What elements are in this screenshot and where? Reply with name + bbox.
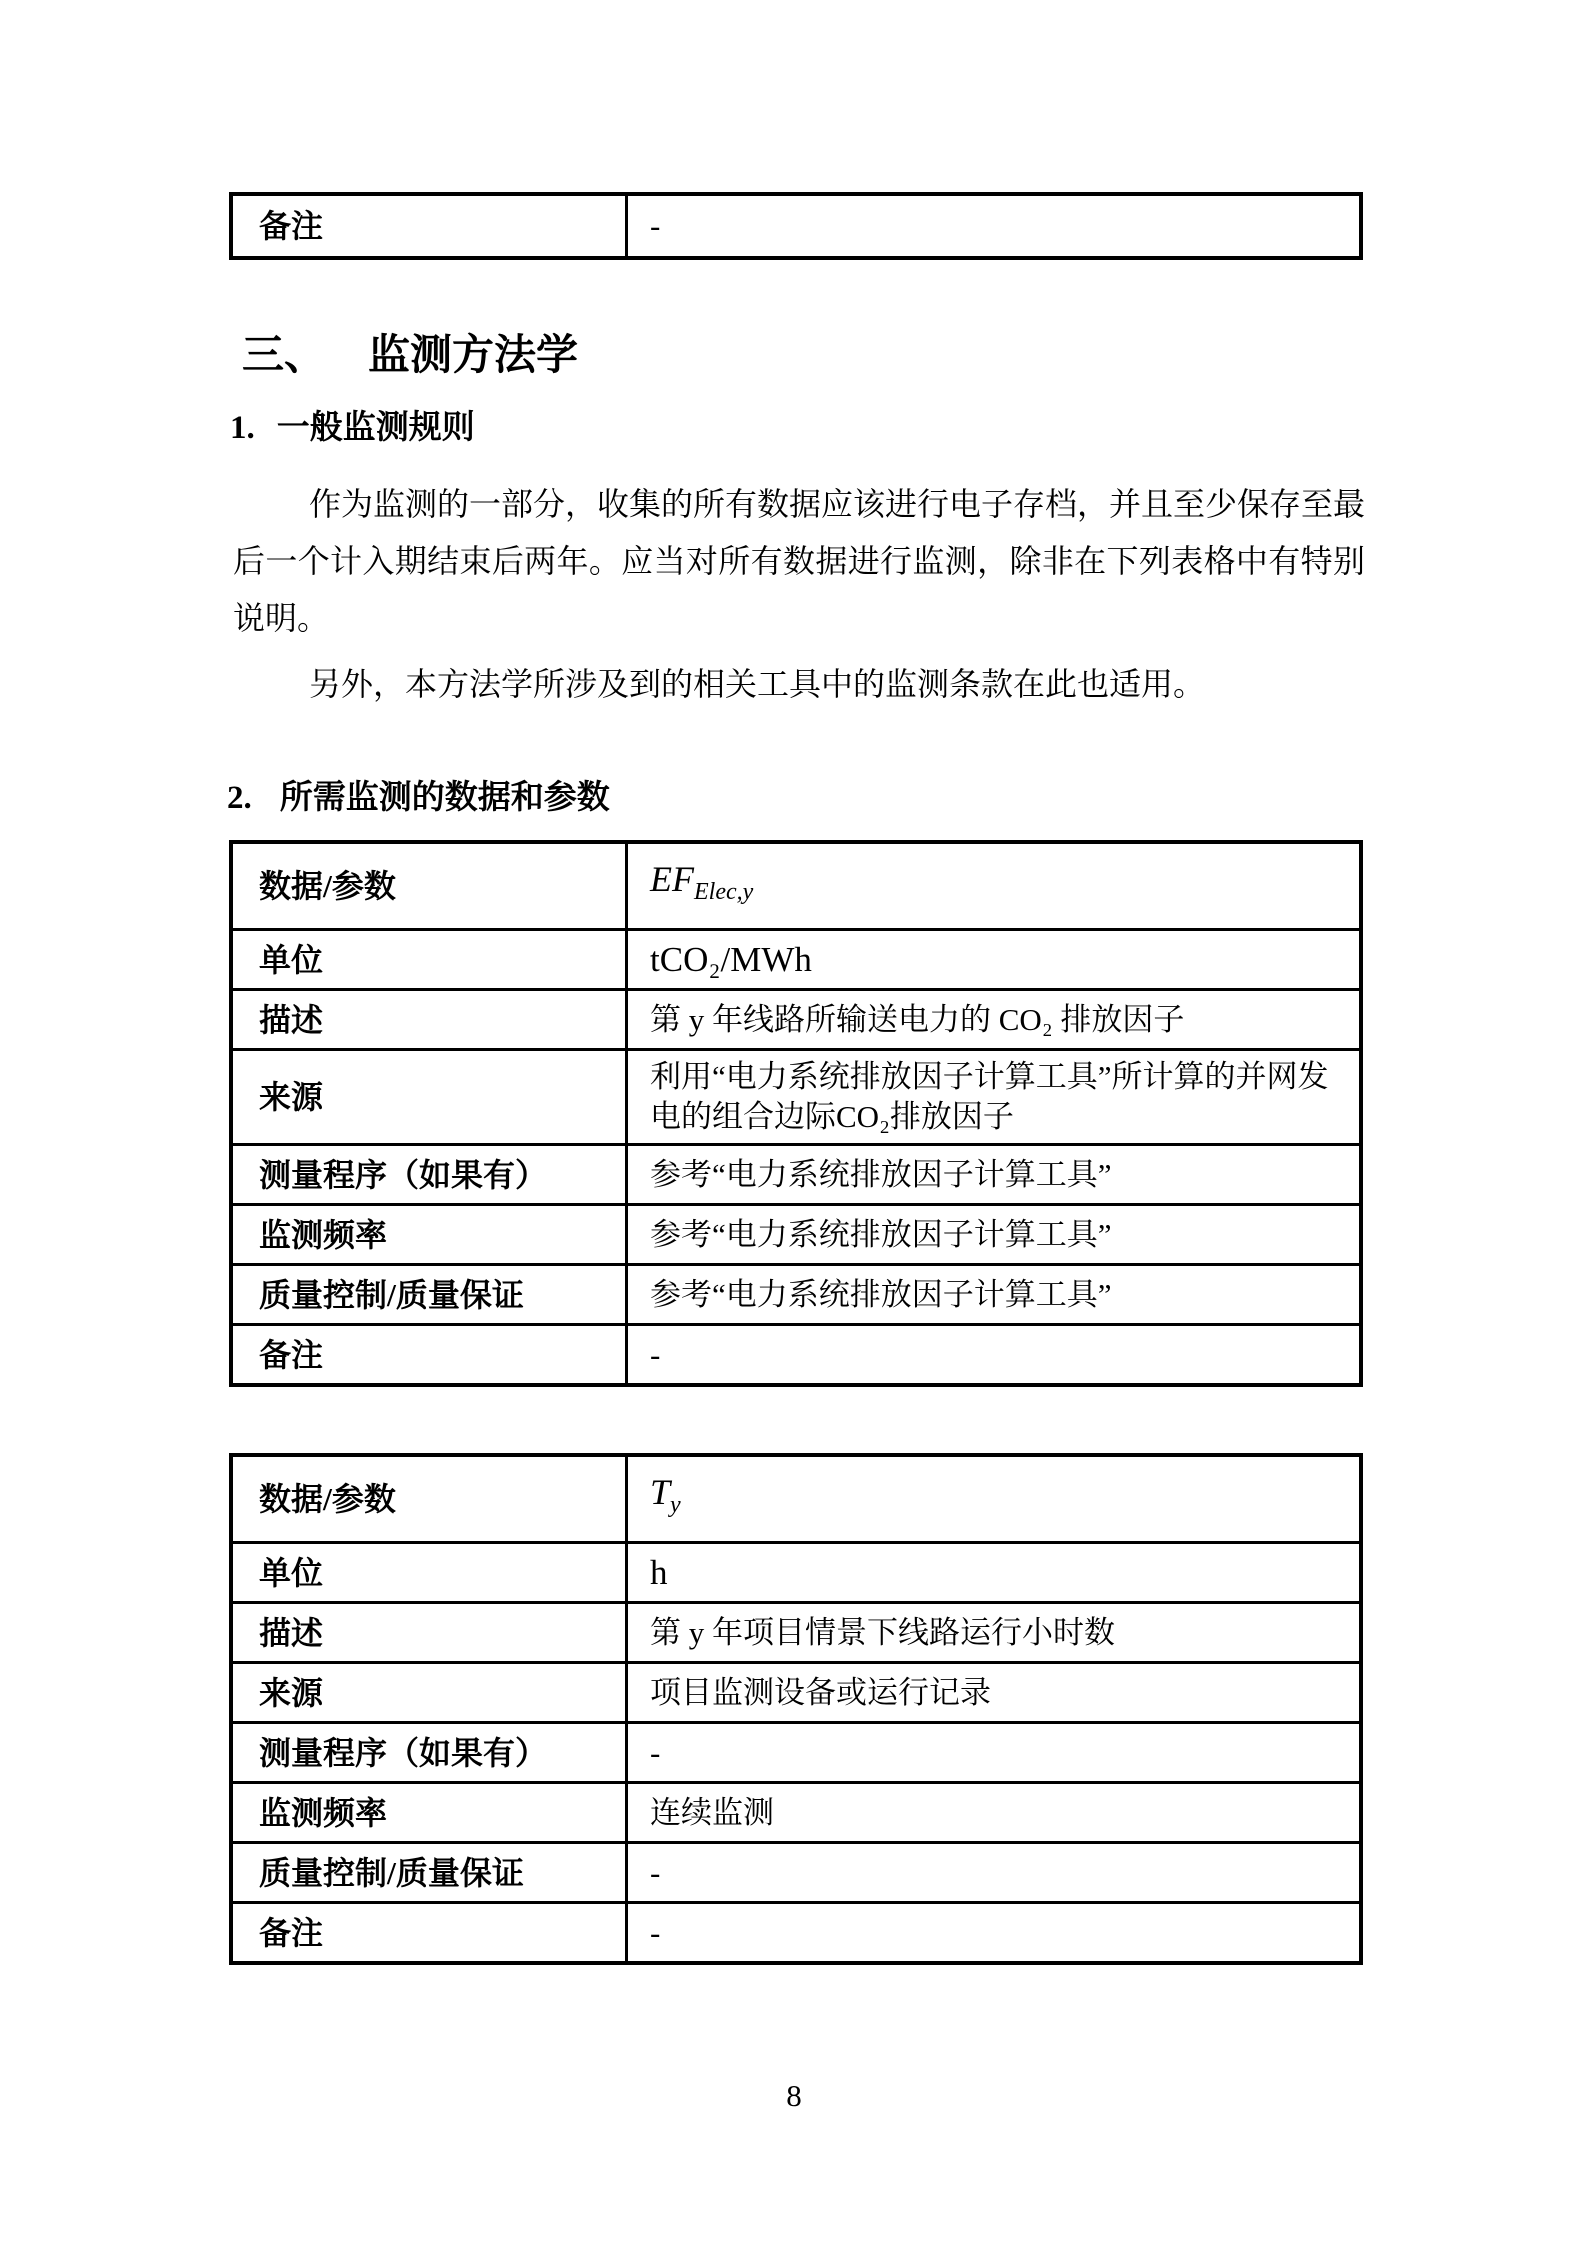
row-label: 描述 [233,1604,628,1661]
section-number: 三、 [242,332,326,380]
row-label: 质量控制/质量保证 [233,1844,628,1901]
row-value: Ty [628,1457,1359,1541]
row-value: - [628,1724,1359,1781]
row-label: 单位 [233,931,628,988]
paragraph-line: 后一个计入期结束后两年。应当对所有数据进行监测，除非在下列表格中有特别 [233,533,1365,590]
paragraph-line: 说明。 [233,590,1365,647]
row-value: 项目监测设备或运行记录 [628,1664,1359,1721]
table-row: 单位h [233,1541,1359,1601]
subheading-number: 2. [227,779,252,819]
table-row: 备注- [233,1323,1359,1383]
subheading-number: 1. [230,409,255,449]
table-row: 描述第 y 年线路所输送电力的 CO₂ 排放因子 [233,988,1359,1048]
table-row: 来源利用“电力系统排放因子计算工具”所计算的并网发电的组合边际CO₂排放因子 [233,1048,1359,1143]
row-value: h [628,1544,1359,1601]
paragraph-line: 另外，本方法学所涉及到的相关工具中的监测条款在此也适用。 [233,656,1365,713]
paragraph-line: 作为监测的一部分，收集的所有数据应该进行电子存档，并且至少保存至最 [233,476,1365,533]
subheading-monitored-parameters: 2. 所需监测的数据和参数 [227,779,610,819]
row-label: 数据/参数 [233,1457,628,1541]
row-value: 利用“电力系统排放因子计算工具”所计算的并网发电的组合边际CO₂排放因子 [628,1051,1359,1143]
row-value: 第 y 年项目情景下线路运行小时数 [628,1604,1359,1661]
page-number: 8 [0,2078,1588,2114]
row-value: - [628,1844,1359,1901]
row-value: 第 y 年线路所输送电力的 CO₂ 排放因子 [628,991,1359,1048]
table-row: 来源项目监测设备或运行记录 [233,1661,1359,1721]
parameter-formula: EFElec,y [650,857,753,914]
row-value: 参考“电力系统排放因子计算工具” [628,1206,1359,1263]
row-value: - [628,1904,1359,1961]
row-label: 备注 [233,1904,628,1961]
section-title: 监测方法学 [368,332,578,380]
parameter-table-t-y: 数据/参数Ty单位h描述第 y 年项目情景下线路运行小时数来源项目监测设备或运行… [229,1453,1363,1965]
row-value: EFElec,y [628,844,1359,928]
table-row: 数据/参数EFElec,y [233,844,1359,928]
paragraph-tools-note: 另外，本方法学所涉及到的相关工具中的监测条款在此也适用。 [233,656,1365,713]
parameter-formula: Ty [650,1470,681,1527]
subheading-general-rules: 1. 一般监测规则 [230,409,475,449]
row-value: 参考“电力系统排放因子计算工具” [628,1266,1359,1323]
table-row: 测量程序（如果有）参考“电力系统排放因子计算工具” [233,1143,1359,1203]
row-label: 备注 [233,196,628,256]
table-row: 备注 - [233,196,1359,256]
row-label: 来源 [233,1051,628,1143]
row-value: tCO₂/MWh [628,931,1359,988]
row-label: 监测频率 [233,1206,628,1263]
row-label: 测量程序（如果有） [233,1146,628,1203]
document-page: 备注 - 三、 监测方法学 1. 一般监测规则 作为监测的一部分，收集的所有数据… [0,0,1588,2245]
table-row: 数据/参数Ty [233,1457,1359,1541]
row-value: 参考“电力系统排放因子计算工具” [628,1146,1359,1203]
row-label: 质量控制/质量保证 [233,1266,628,1323]
table-row: 质量控制/质量保证参考“电力系统排放因子计算工具” [233,1263,1359,1323]
row-label: 单位 [233,1544,628,1601]
table-row: 备注- [233,1901,1359,1961]
table-row: 监测频率连续监测 [233,1781,1359,1841]
parameter-table-ef-elec-y: 数据/参数EFElec,y单位tCO₂/MWh描述第 y 年线路所输送电力的 C… [229,840,1363,1387]
row-label: 来源 [233,1664,628,1721]
row-value: 连续监测 [628,1784,1359,1841]
table-row: 描述第 y 年项目情景下线路运行小时数 [233,1601,1359,1661]
row-label: 测量程序（如果有） [233,1724,628,1781]
section-heading: 三、 监测方法学 [242,332,578,380]
row-label: 描述 [233,991,628,1048]
row-value: - [628,1326,1359,1383]
row-value: - [628,196,1359,256]
table-row: 单位tCO₂/MWh [233,928,1359,988]
remark-carryover-table: 备注 - [229,192,1363,260]
table-row: 监测频率参考“电力系统排放因子计算工具” [233,1203,1359,1263]
table-row: 测量程序（如果有）- [233,1721,1359,1781]
row-label: 备注 [233,1326,628,1383]
subheading-title: 所需监测的数据和参数 [280,779,610,819]
row-label: 数据/参数 [233,844,628,928]
subheading-title: 一般监测规则 [277,409,475,449]
row-label: 监测频率 [233,1784,628,1841]
paragraph-monitoring-rules: 作为监测的一部分，收集的所有数据应该进行电子存档，并且至少保存至最 后一个计入期… [233,476,1365,647]
table-row: 质量控制/质量保证- [233,1841,1359,1901]
